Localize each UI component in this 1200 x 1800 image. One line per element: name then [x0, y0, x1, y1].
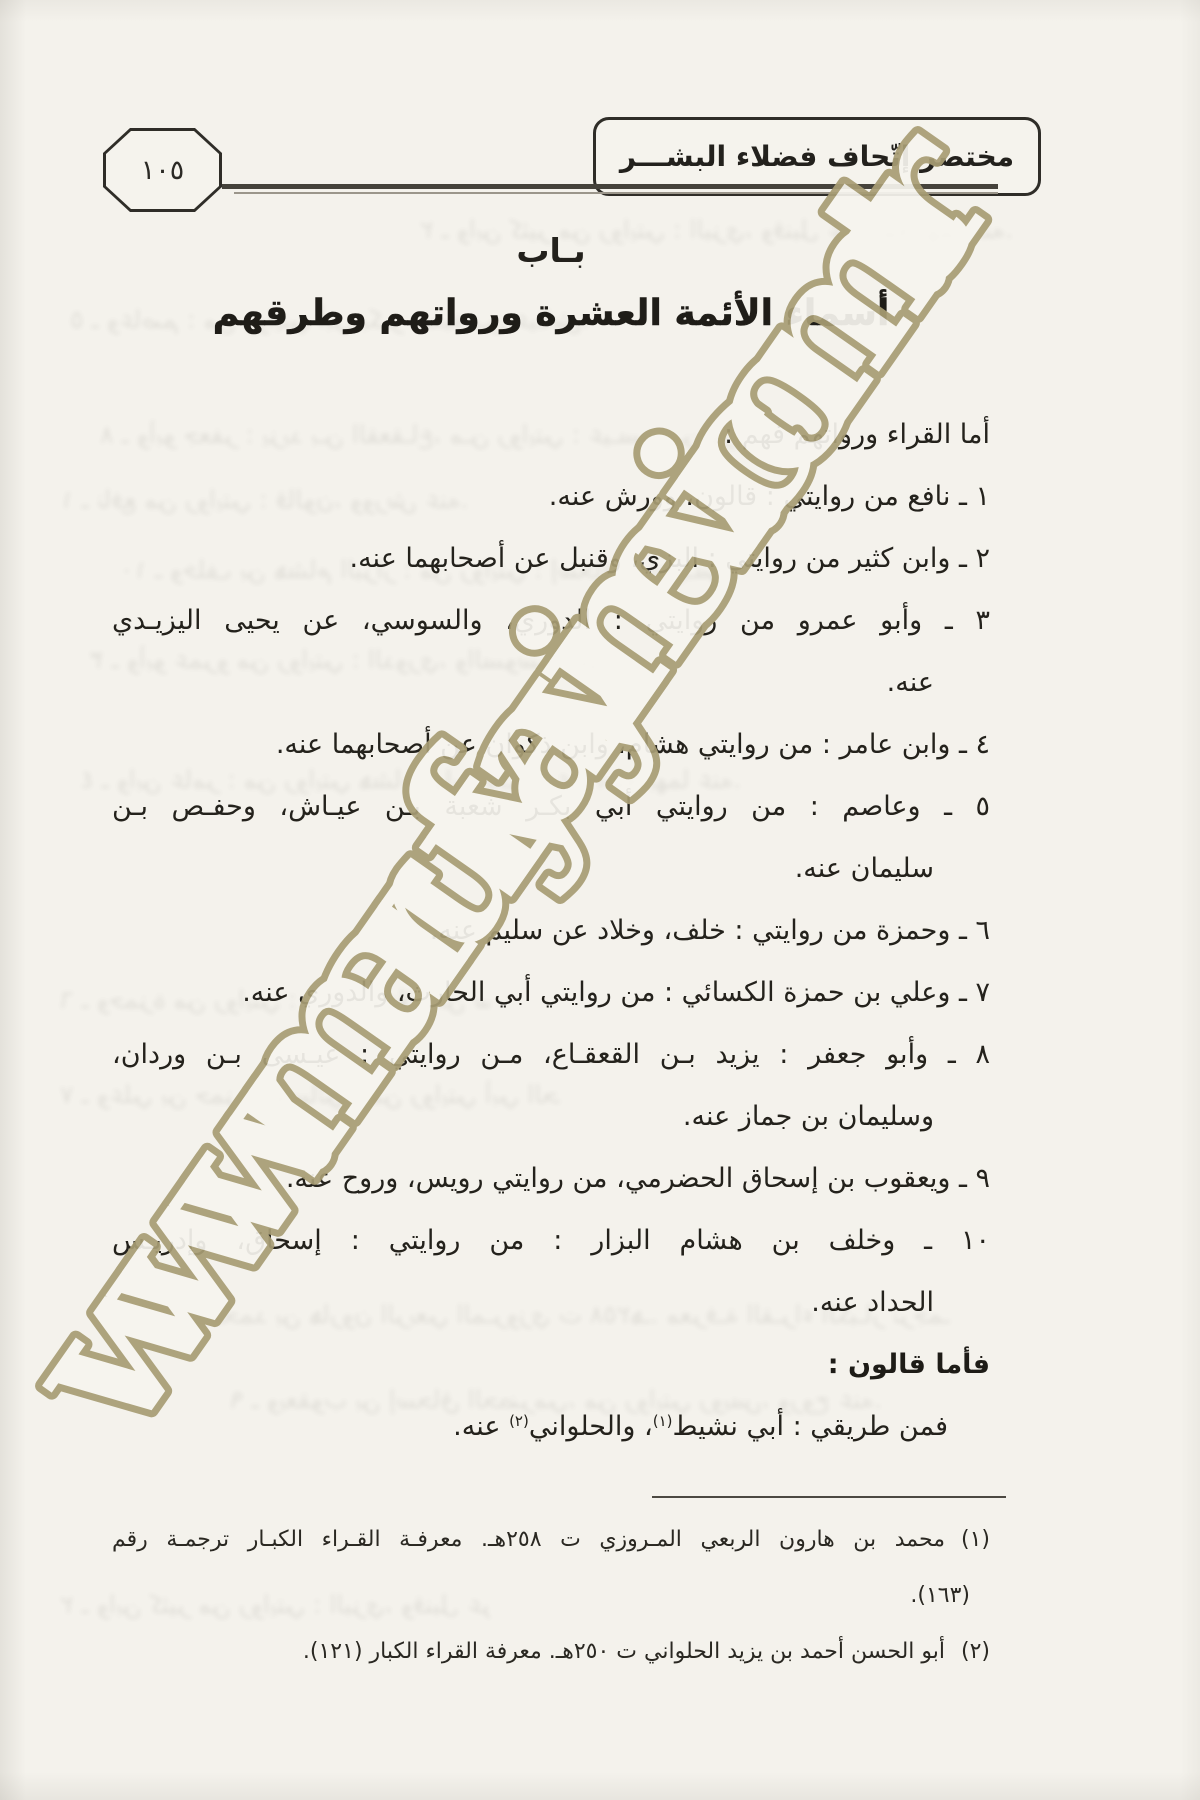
list-item-10-line-1: ١٠ ـ وخلف بن هشام البزار : من روايتي : إ…	[112, 1210, 990, 1272]
footnote-separator	[652, 1496, 1006, 1498]
header-rule-thick	[222, 184, 998, 189]
list-item-9: ٩ ـ ويعقوب بن إسحاق الحضرمي، من روايتي ر…	[112, 1148, 990, 1210]
footnote-2-marker: (٢)	[961, 1639, 990, 1664]
qalun-heading: فأما قالون :	[112, 1334, 990, 1396]
intro-line: أما القراء ورواتهم فهم :	[112, 404, 990, 466]
footnote-1-text: محمد بن هارون الربعي المـروزي ت ٢٥٨هـ. م…	[112, 1527, 945, 1552]
tariq-pre: فمن طريقي : أبي نشيط	[673, 1411, 948, 1442]
list-item-3-line-2: عنه.	[112, 652, 990, 714]
list-item-10-line-2: الحداد عنه.	[112, 1272, 990, 1334]
scanned-book-page: { "page": { "number": "١٠٥", "header_tit…	[0, 0, 1200, 1800]
tariq-post: عنه.	[453, 1411, 509, 1442]
footnote-2: (٢)أبو الحسن أحمد بن يزيد الحلواني ت ٢٥٠…	[112, 1624, 990, 1680]
footnote-2-text: أبو الحسن أحمد بن يزيد الحلواني ت ٢٥٠هـ.…	[303, 1639, 945, 1664]
list-item-8-line-2: وسليمان بن جماز عنه.	[112, 1086, 990, 1148]
footnote-1-marker: (١)	[961, 1527, 990, 1552]
tariq-mid: ، والحلواني	[529, 1411, 653, 1442]
list-item-8-line-1: ٨ ـ وأبو جعفر : يزيد بـن القعقـاع، مـن ر…	[112, 1024, 990, 1086]
footnote-1-line-2: (١٦٣).	[112, 1568, 990, 1624]
list-item-2: ٢ ـ وابن كثير من روايتي : البزي، وقنبل ع…	[112, 528, 990, 590]
list-item-5-line-1: ٥ ـ وعاصم : من روايتي أبي بكـر شعبة بـن …	[112, 776, 990, 838]
list-item-7: ٧ ـ وعلي بن حمزة الكسائي : من روايتي أبي…	[112, 962, 990, 1024]
list-item-4: ٤ ـ وابن عامر : من روايتي هشام، وابن ذكو…	[112, 714, 990, 776]
running-header-title: مختصر إتّحاف فضلاء البشـــر	[620, 140, 1014, 173]
list-item-6: ٦ ـ وحمزة من روايتي : خلف، وخلاد عن سليم…	[112, 900, 990, 962]
body-text: أما القراء ورواتهم فهم : ١ ـ نافع من روا…	[112, 404, 990, 1458]
page-number-box: ١٠٥	[103, 128, 222, 212]
chapter-title: أسماء الأئمة العشرة ورواتهم وطرقهم	[112, 293, 990, 334]
chapter-bab-heading: بـاب	[112, 231, 990, 270]
tariq-line: فمن طريقي : أبي نشيط(١)، والحلواني(٢) عن…	[112, 1396, 990, 1458]
header-rule-thin	[234, 192, 998, 194]
page-content: ١٠٥ مختصر إتّحاف فضلاء البشـــر بـاب أسم…	[0, 0, 1200, 1800]
footnote-ref-1: (١)	[653, 1412, 673, 1430]
footnotes-block: (١)محمد بن هارون الربعي المـروزي ت ٢٥٨هـ…	[112, 1512, 990, 1680]
page-number: ١٠٥	[106, 131, 219, 209]
list-item-1: ١ ـ نافع من روايتي : قالون، وورش عنه.	[112, 466, 990, 528]
footnote-1-line-1: (١)محمد بن هارون الربعي المـروزي ت ٢٥٨هـ…	[112, 1512, 990, 1568]
list-item-3-line-1: ٣ ـ وأبو عمرو من روايتي : الدوري، والسوس…	[112, 590, 990, 652]
footnote-ref-2: (٢)	[509, 1412, 529, 1430]
list-item-5-line-2: سليمان عنه.	[112, 838, 990, 900]
